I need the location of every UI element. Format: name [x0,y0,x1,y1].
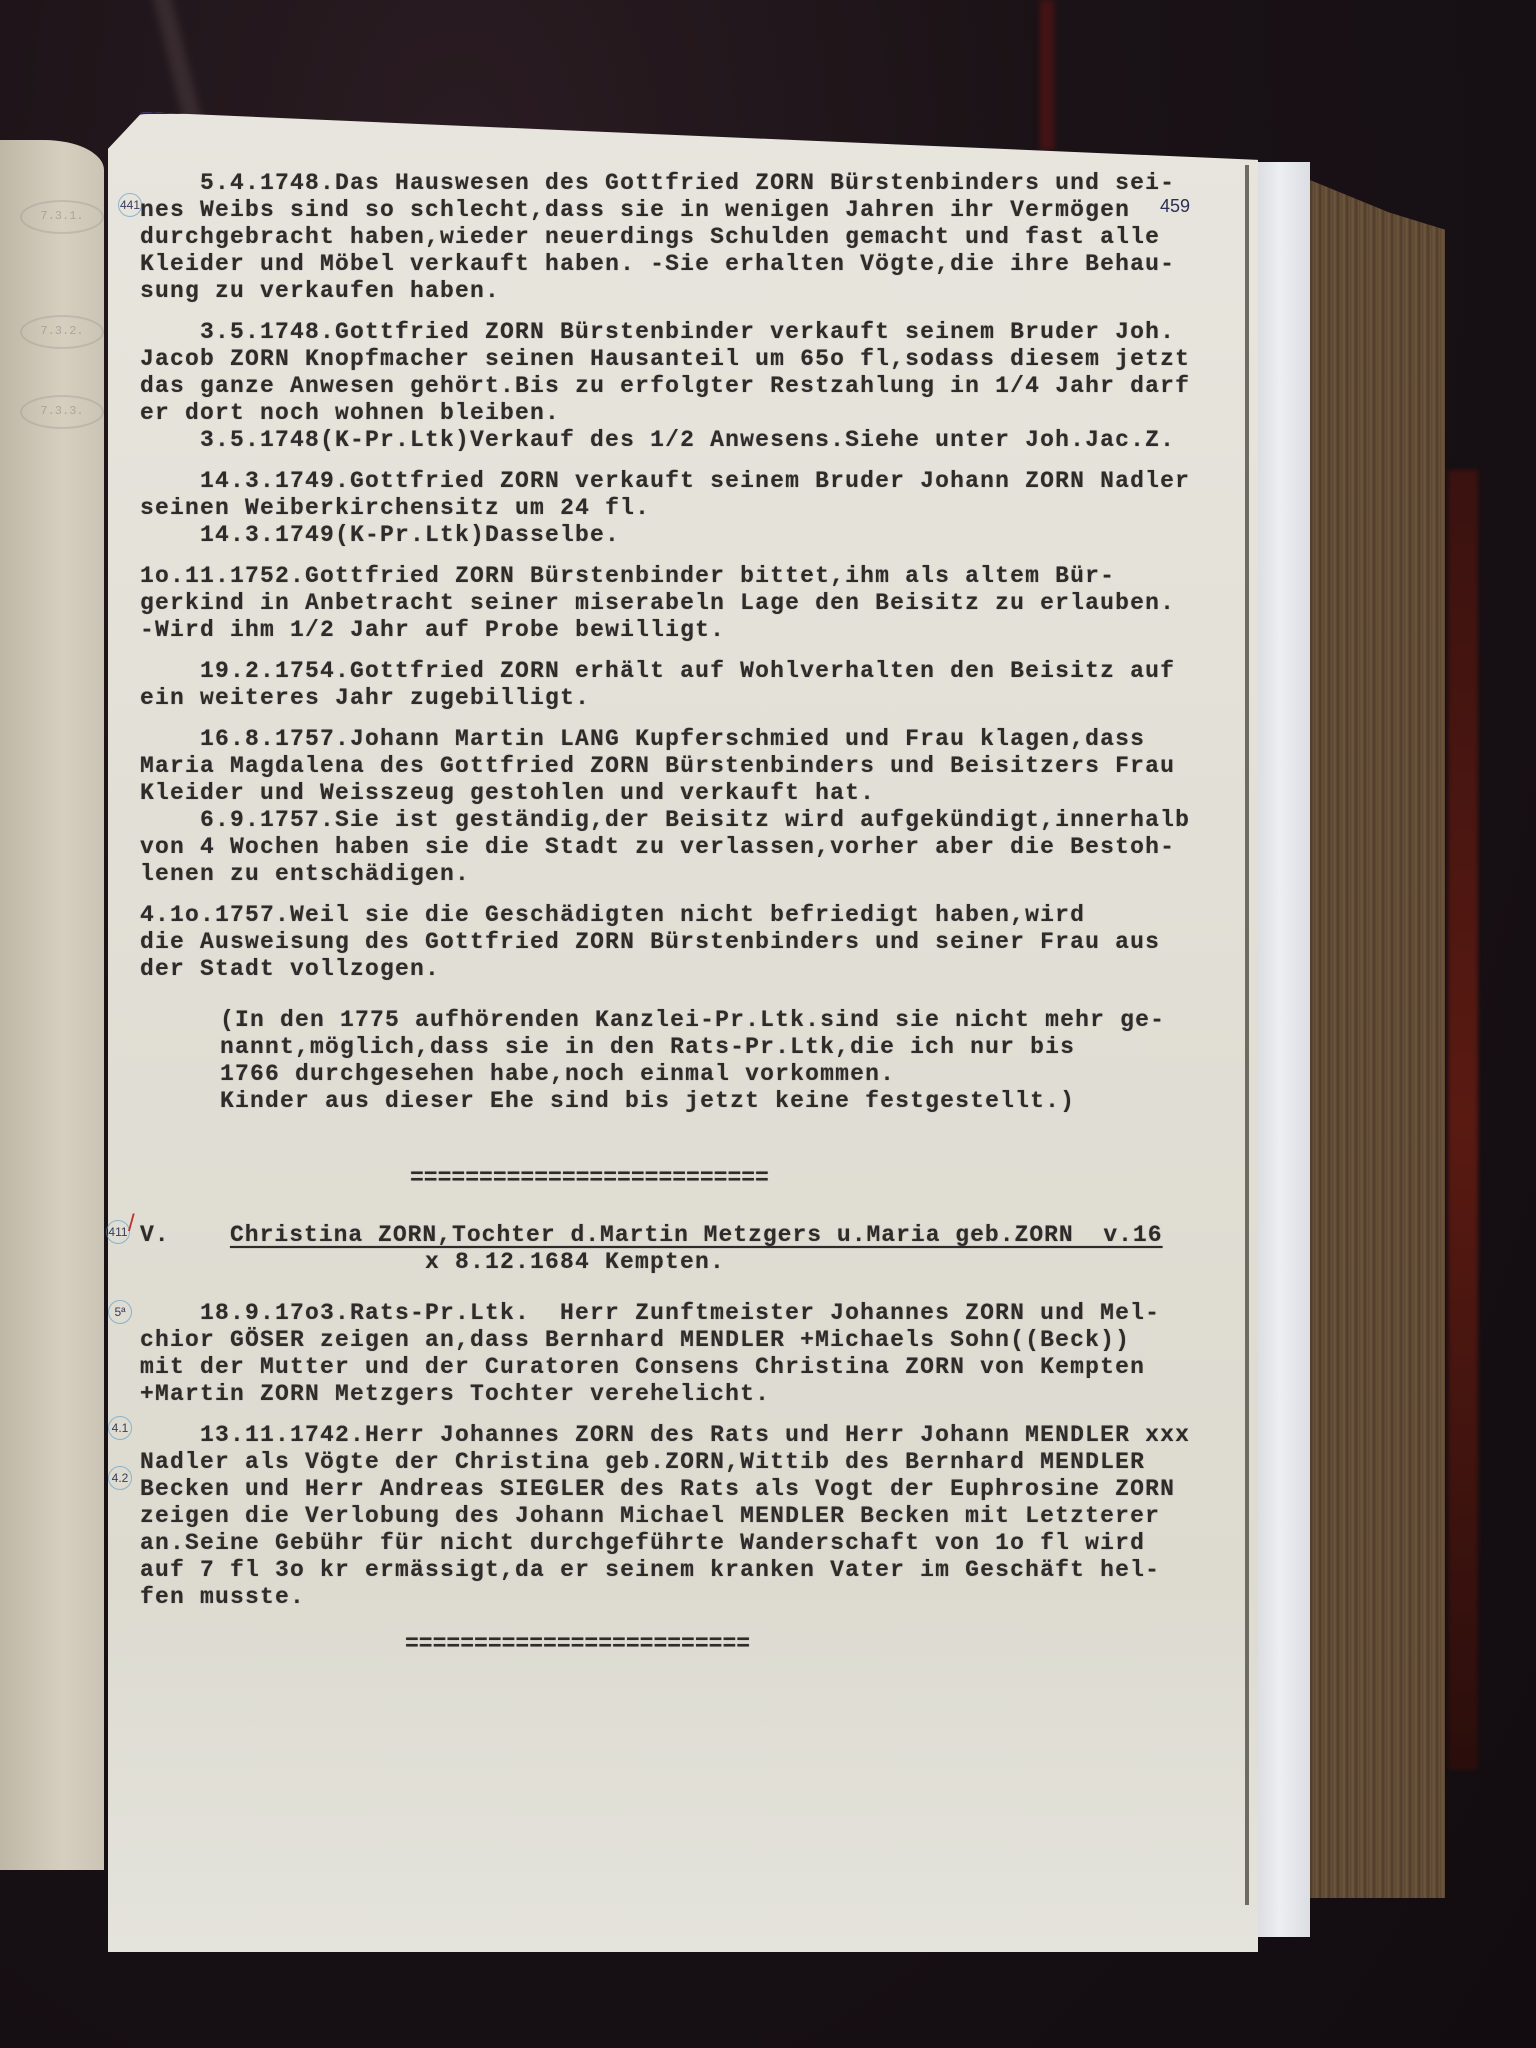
researcher-note: (In den 1775 aufhörenden Kanzlei-Pr.Ltk.… [140,1007,1240,1115]
section-separator: ========================== [140,1165,1240,1192]
entry: 14.3.1749.Gottfried ZORN verkauft seinem… [140,468,1240,549]
entry-line: 14.3.1749(K-Pr.Ltk)Dasselbe. [140,522,1240,549]
entry-line: das ganze Anwesen gehört.Bis zu erfolgte… [140,373,1240,400]
entry-line: zeigen die Verlobung des Johann Michael … [140,1503,1240,1530]
margin-annotation: 4.2 [108,1466,132,1490]
entries-block: 5.4.1748.Das Hauswesen des Gottfried ZOR… [140,170,1240,983]
entry-line: -Wird ihm 1/2 Jahr auf Probe bewilligt. [140,617,1240,644]
entry-line: 18.9.17o3.Rats-Pr.Ltk. Herr Zunftmeister… [140,1300,1240,1327]
entry-line: 3.5.1748.Gottfried ZORN Bürstenbinder ve… [140,319,1240,346]
entry-line: 4.1o.1757.Weil sie die Geschädigten nich… [140,902,1240,929]
entry-line: 13.11.1742.Herr Johannes ZORN des Rats u… [140,1422,1240,1449]
page-stack-edge [1250,162,1310,1937]
document-body: 5.4.1748.Das Hauswesen des Gottfried ZOR… [140,170,1240,1688]
book-page-edges [1305,178,1445,1898]
entry-line: nes Weibs sind so schlecht,dass sie in w… [140,197,1240,224]
section-subheading: x 8.12.1684 Kempten. [140,1249,1240,1276]
entry-line: sung zu verkaufen haben. [140,278,1240,305]
entry-line: Nadler als Vögte der Christina geb.ZORN,… [140,1449,1240,1476]
entry-line: Becken und Herr Andreas SIEGLER des Rats… [140,1476,1240,1503]
entry-line: an.Seine Gebühr für nicht durchgeführte … [140,1530,1240,1557]
end-separator: ========================= [140,1631,1240,1658]
entry-line: fen musste. [140,1584,1240,1611]
entry-line: durchgebracht haben,wieder neuerdings Sc… [140,224,1240,251]
section-v-heading: V.Christina ZORN,Tochter d.Martin Metzge… [140,1222,1240,1249]
entry-line: auf 7 fl 3o kr ermässigt,da er seinem kr… [140,1557,1240,1584]
margin-annotation: 411 [106,1220,130,1244]
entry: 4.1o.1757.Weil sie die Geschädigten nich… [140,902,1240,983]
entry-line: 16.8.1757.Johann Martin LANG Kupferschmi… [140,726,1240,753]
entry-line: chior GÖSER zeigen an,dass Bernhard MEND… [140,1327,1240,1354]
entry-line: er dort noch wohnen bleiben. [140,400,1240,427]
entry-line: gerkind in Anbetracht seiner miserabeln … [140,590,1240,617]
margin-annotation: 4.1 [108,1416,132,1440]
left-facing-page: 7.3.1. 7.3.2. 7.3.3. [0,140,104,1870]
section-v-entries: 18.9.17o3.Rats-Pr.Ltk. Herr Zunftmeister… [140,1300,1240,1611]
entry-line: +Martin ZORN Metzgers Tochter verehelich… [140,1381,1240,1408]
section-title: Christina ZORN,Tochter d.Martin Metzgers… [230,1222,1163,1248]
note-line: (In den 1775 aufhörenden Kanzlei-Pr.Ltk.… [220,1007,1240,1034]
entry-line: seinen Weiberkirchensitz um 24 fl. [140,495,1240,522]
left-page-stamp: 7.3.2. [20,315,104,349]
entry: 5.4.1748.Das Hauswesen des Gottfried ZOR… [140,170,1240,305]
entry-line: Kleider und Möbel verkauft haben. -Sie e… [140,251,1240,278]
entry-line: 3.5.1748(K-Pr.Ltk)Verkauf des 1/2 Anwese… [140,427,1240,454]
entry-line: der Stadt vollzogen. [140,956,1240,983]
entry-line: 1o.11.1752.Gottfried ZORN Bürstenbinder … [140,563,1240,590]
entry-line: Jacob ZORN Knopfmacher seinen Hausanteil… [140,346,1240,373]
entry-line: mit der Mutter und der Curatoren Consens… [140,1354,1240,1381]
entry-line: Kleider und Weisszeug gestohlen und verk… [140,780,1240,807]
entry: 18.9.17o3.Rats-Pr.Ltk. Herr Zunftmeister… [140,1300,1240,1408]
entry-line: von 4 Wochen haben sie die Stadt zu verl… [140,834,1240,861]
book-cover-edge [1448,470,1478,1770]
entry-line: 19.2.1754.Gottfried ZORN erhält auf Wohl… [140,658,1240,685]
margin-annotation: 441 [118,193,142,217]
entry-line: 14.3.1749.Gottfried ZORN verkauft seinem… [140,468,1240,495]
margin-annotation: 5ª [108,1300,132,1324]
note-line: Kinder aus dieser Ehe sind bis jetzt kei… [220,1088,1240,1115]
entry-line: 5.4.1748.Das Hauswesen des Gottfried ZOR… [140,170,1240,197]
entry-line: Maria Magdalena des Gottfried ZORN Bürst… [140,753,1240,780]
left-page-stamp: 7.3.1. [20,200,104,234]
red-check-mark: / [128,1210,135,1238]
entry: 16.8.1757.Johann Martin LANG Kupferschmi… [140,726,1240,888]
left-page-stamp: 7.3.3. [20,395,104,429]
entry-line: 6.9.1757.Sie ist geständig,der Beisitz w… [140,807,1240,834]
note-line: nannt,möglich,dass sie in den Rats-Pr.Lt… [220,1034,1240,1061]
entry-line: ein weiteres Jahr zugebilligt. [140,685,1240,712]
entry: 3.5.1748.Gottfried ZORN Bürstenbinder ve… [140,319,1240,454]
section-numeral: V. [140,1222,230,1249]
page-fold-line [1245,165,1249,1905]
entry-line: die Ausweisung des Gottfried ZORN Bürste… [140,929,1240,956]
background-red-streak [1040,0,1054,150]
note-line: 1766 durchgesehen habe,noch einmal vorko… [220,1061,1240,1088]
entry: 19.2.1754.Gottfried ZORN erhält auf Wohl… [140,658,1240,712]
entry: 1o.11.1752.Gottfried ZORN Bürstenbinder … [140,563,1240,644]
entry: 13.11.1742.Herr Johannes ZORN des Rats u… [140,1422,1240,1611]
entry-line: lenen zu entschädigen. [140,861,1240,888]
